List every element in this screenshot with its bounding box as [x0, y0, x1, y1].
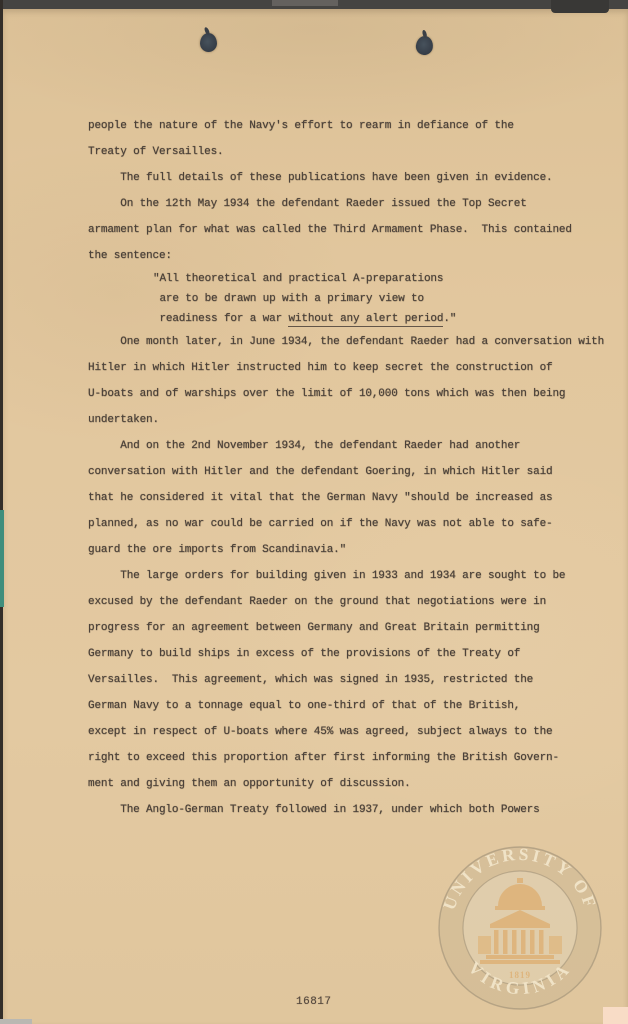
typewritten-line: Treaty of Versailles. — [88, 139, 608, 165]
seal-year: 1819 — [509, 970, 531, 980]
typewritten-line: progress for an agreement between German… — [88, 615, 608, 641]
typewritten-line: U-boats and of warships over the limit o… — [88, 381, 608, 407]
typewritten-line: On the 12th May 1934 the defendant Raede… — [88, 191, 608, 217]
typewritten-line: German Navy to a tonnage equal to one-th… — [88, 693, 608, 719]
typewritten-line: except in respect of U-boats where 45% w… — [88, 719, 608, 745]
scan-top-notch — [551, 0, 609, 13]
typewritten-line: guard the ore imports from Scandinavia." — [88, 537, 608, 563]
quote-text-segment: readiness for a war — [153, 313, 288, 325]
typewritten-line: The full details of these publications h… — [88, 165, 608, 191]
typewritten-line: people the nature of the Navy's effort t… — [88, 113, 608, 139]
scanned-document-view: people the nature of the Navy's effort t… — [0, 0, 628, 1024]
typewritten-text-block: people the nature of the Navy's effort t… — [88, 113, 608, 823]
university-of-virginia-seal: UNIVERSITY OF VIRGINIA — [418, 826, 622, 1024]
typewritten-line: undertaken. — [88, 407, 608, 433]
typewritten-line: Versailles. This agreement, which was si… — [88, 667, 608, 693]
typewritten-line: "All theoretical and practical A-prepara… — [153, 269, 608, 289]
typewritten-line: readiness for a war without any alert pe… — [153, 309, 608, 329]
typewritten-line: that he considered it vital that the Ger… — [88, 485, 608, 511]
typewritten-line: right to exceed this proportion after fi… — [88, 745, 608, 771]
typewritten-line: conversation with Hitler and the defenda… — [88, 459, 608, 485]
typewritten-line: planned, as no war could be carried on i… — [88, 511, 608, 537]
typewritten-line: the sentence: — [88, 243, 608, 269]
typewritten-line: ment and giving them an opportunity of d… — [88, 771, 608, 797]
typewritten-line: The large orders for building given in 1… — [88, 563, 608, 589]
typewritten-line: armament plan for what was called the Th… — [88, 217, 608, 243]
document-number: 16817 — [296, 996, 332, 1008]
typewritten-line: And on the 2nd November 1934, the defend… — [88, 433, 608, 459]
typewritten-line: One month later, in June 1934, the defen… — [88, 329, 608, 355]
scan-bottom-left-mark — [0, 1019, 32, 1024]
typewritten-line: The Anglo-German Treaty followed in 1937… — [88, 797, 608, 823]
scan-left-teal-mark — [0, 510, 4, 607]
underlined-phrase: without any alert period — [288, 313, 443, 327]
typewritten-line: Germany to build ships in excess of the … — [88, 641, 608, 667]
typewritten-line: Hitler in which Hitler instructed him to… — [88, 355, 608, 381]
punch-hole-left — [200, 33, 217, 52]
scan-top-tape-mark — [272, 0, 338, 6]
typewritten-line: are to be drawn up with a primary view t… — [153, 289, 608, 309]
typewritten-line: excused by the defendant Raeder on the g… — [88, 589, 608, 615]
quote-text-segment: ." — [443, 313, 456, 325]
